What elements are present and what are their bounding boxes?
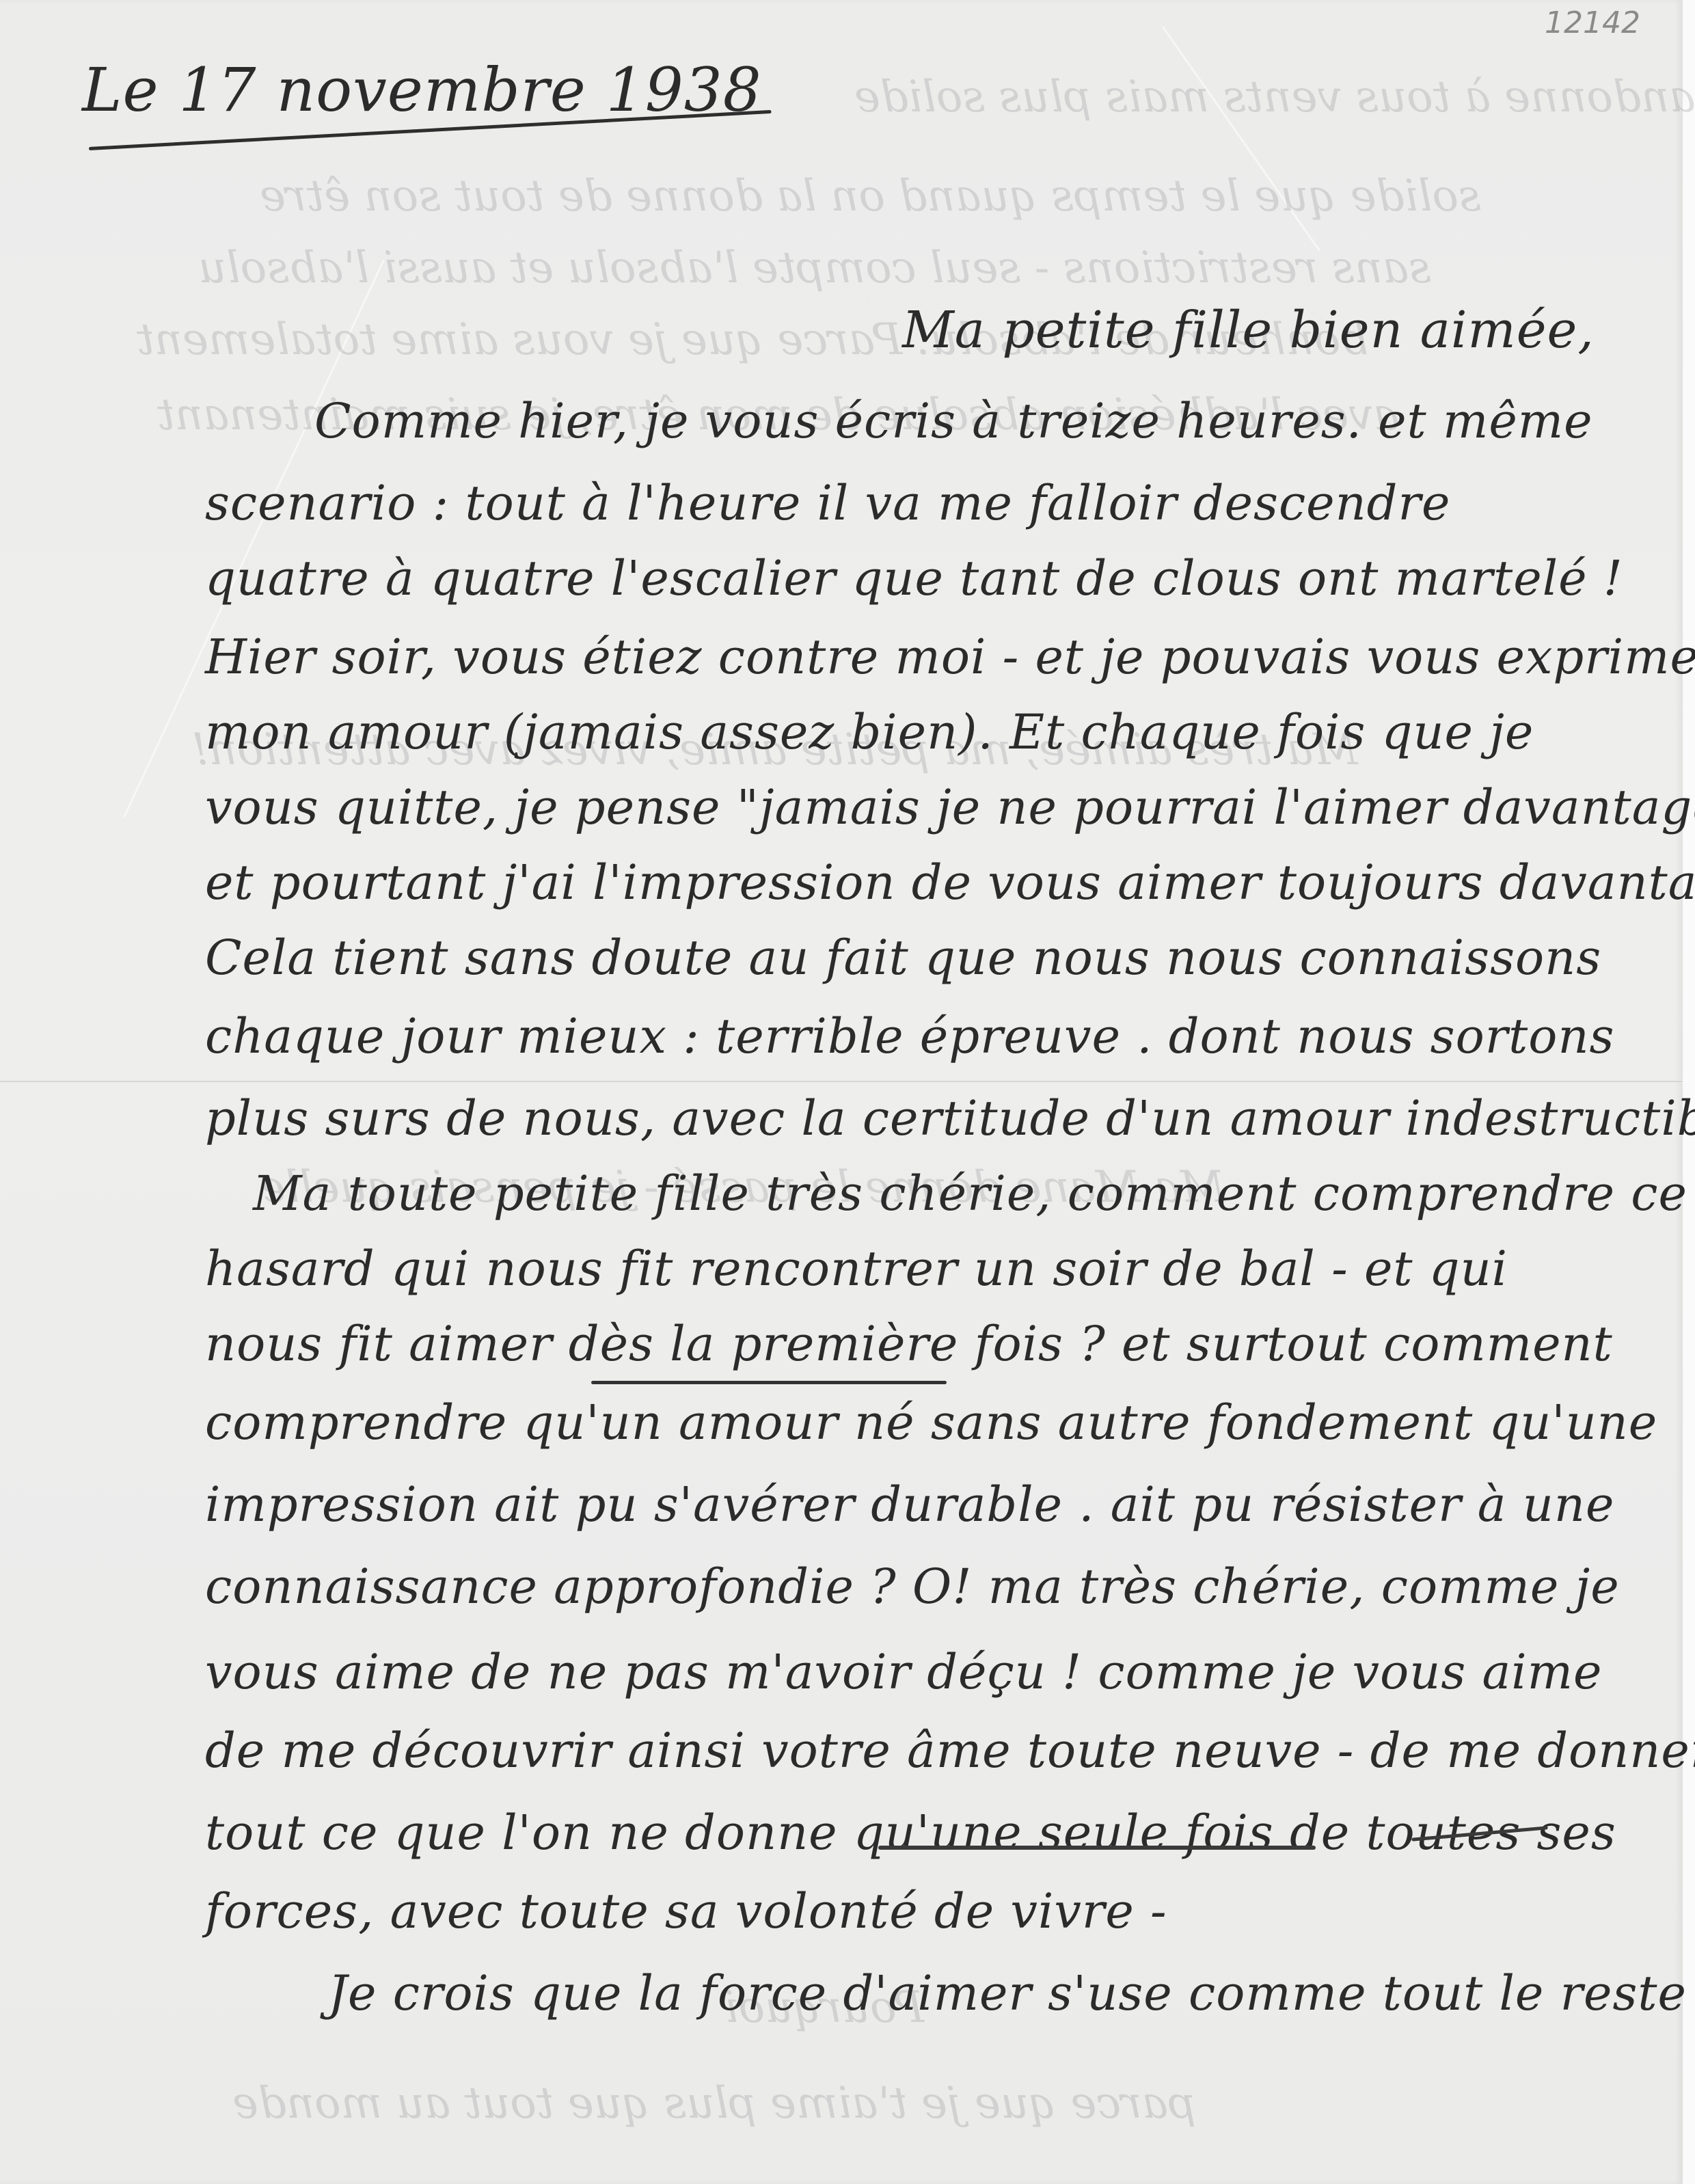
letter-line: hasard qui nous fit rencontrer un soir d… (205, 1241, 1508, 1297)
letter-line: vous quitte, je pense "jamais je ne pour… (205, 779, 1695, 835)
underline-une-seule-fois (878, 1846, 1316, 1850)
letter-line: vous aime de ne pas m'avoir déçu ! comme… (205, 1644, 1602, 1700)
letter-line: plus surs de nous, avec la certitude d'u… (205, 1090, 1695, 1146)
letter-line: impression ait pu s'avérer durable . ait… (205, 1477, 1614, 1533)
letter-line: et pourtant j'ai l'impression de vous ai… (205, 854, 1695, 911)
bleed-through-line: sans restrictions - seul compte l'absolu… (198, 243, 1431, 293)
letter-date: Le 17 novembre 1938 (82, 55, 762, 125)
catalog-number: 12142 (1545, 5, 1640, 40)
paper-fold-line (0, 1080, 1683, 1083)
bleed-through-line: quand on s'abandonne à tous vents mais p… (854, 72, 1695, 122)
letter-line: quatre à quatre l'escalier que tant de c… (205, 550, 1623, 606)
salutation: Ma petite fille bien aimée, (902, 301, 1595, 360)
letter-line: scenario : tout à l'heure il va me fallo… (205, 475, 1450, 531)
bleed-through-line: solide que le temps quand on la donne de… (260, 171, 1481, 221)
bleed-through-line: parce que je t'aime plus que tout au mon… (232, 2078, 1196, 2129)
letter-line: Cela tient sans doute au fait que nous n… (205, 930, 1601, 986)
letter-line: connaissance approfondie ? O! ma très ch… (205, 1559, 1620, 1615)
letter-line: Je crois que la force d'aimer s'use comm… (328, 1965, 1687, 2021)
letter-line: tout ce que l'on ne donne qu'une seule f… (205, 1805, 1616, 1861)
letter-line: de me découvrir ainsi votre âme toute ne… (205, 1723, 1695, 1779)
underline-premiere-fois (591, 1381, 947, 1384)
letter-line: Hier soir, vous étiez contre moi - et je… (205, 629, 1695, 685)
letter-line: Comme hier, je vous écris à treize heure… (314, 393, 1593, 449)
letter-line: chaque jour mieux : terrible épreuve . d… (205, 1008, 1614, 1064)
letter-line: nous fit aimer dès la première fois ? et… (205, 1316, 1613, 1372)
letter-line: Ma toute petite fille très chérie, comme… (253, 1165, 1687, 1222)
letter-line: comprendre qu'un amour né sans autre fon… (205, 1394, 1657, 1451)
letter-line: mon amour (jamais assez bien). Et chaque… (205, 704, 1534, 760)
letter-line: forces, avec toute sa volonté de vivre - (205, 1883, 1167, 1939)
